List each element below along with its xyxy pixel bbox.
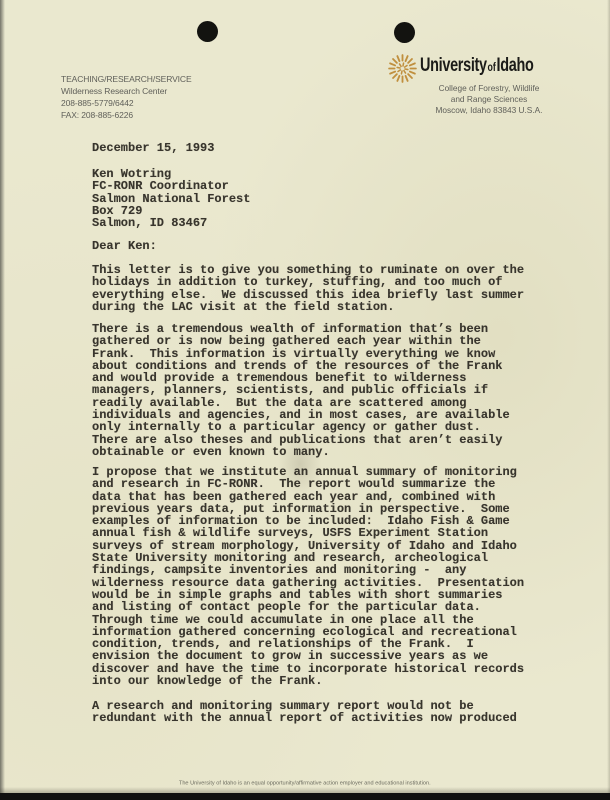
wordmark-of: of [488,62,496,74]
recipient-address-block: Ken Wotring FC-RONR Coordinator Salmon N… [92,168,250,229]
wordmark-idaho: Idaho [497,55,534,76]
college-line-2: and Range Sciences [422,94,556,105]
letter-paragraph-3: I propose that we institute an annual su… [92,466,524,687]
hole-punch-icon [394,22,415,43]
scanned-letter-page: TEACHING/RESEARCH/SERVICE Wilderness Res… [0,0,610,800]
letterhead-college-block: College of Forestry, Wildlife and Range … [422,83,556,115]
letterhead-department: TEACHING/RESEARCH/SERVICE [61,73,192,85]
letter-paragraph-4: A research and monitoring summary report… [92,700,517,725]
letterhead-left-block: TEACHING/RESEARCH/SERVICE Wilderness Res… [61,73,192,121]
scan-left-edge [0,0,5,800]
letterhead-center-name: Wilderness Research Center [61,85,192,97]
college-line-3: Moscow, Idaho 83843 U.S.A. [422,105,556,116]
wordmark-university: University [420,55,487,76]
letter-paragraph-2: There is a tremendous wealth of informat… [92,323,510,458]
scan-bottom-edge-bar [0,793,610,800]
letter-date: December 15, 1993 [92,142,214,154]
letterhead-phone: 208-885-5779/6442 [61,97,192,109]
letter-paragraph-1: This letter is to give you something to … [92,264,524,313]
equal-opportunity-statement: The University of Idaho is an equal oppo… [179,780,431,786]
college-line-1: College of Forestry, Wildlife [422,83,556,94]
salutation: Dear Ken: [92,240,157,252]
university-wordmark: UniversityofIdaho [420,55,534,77]
hole-punch-icon [197,21,218,42]
university-sunburst-logo-icon [386,52,419,85]
letterhead-fax: FAX: 208-885-6226 [61,109,192,121]
